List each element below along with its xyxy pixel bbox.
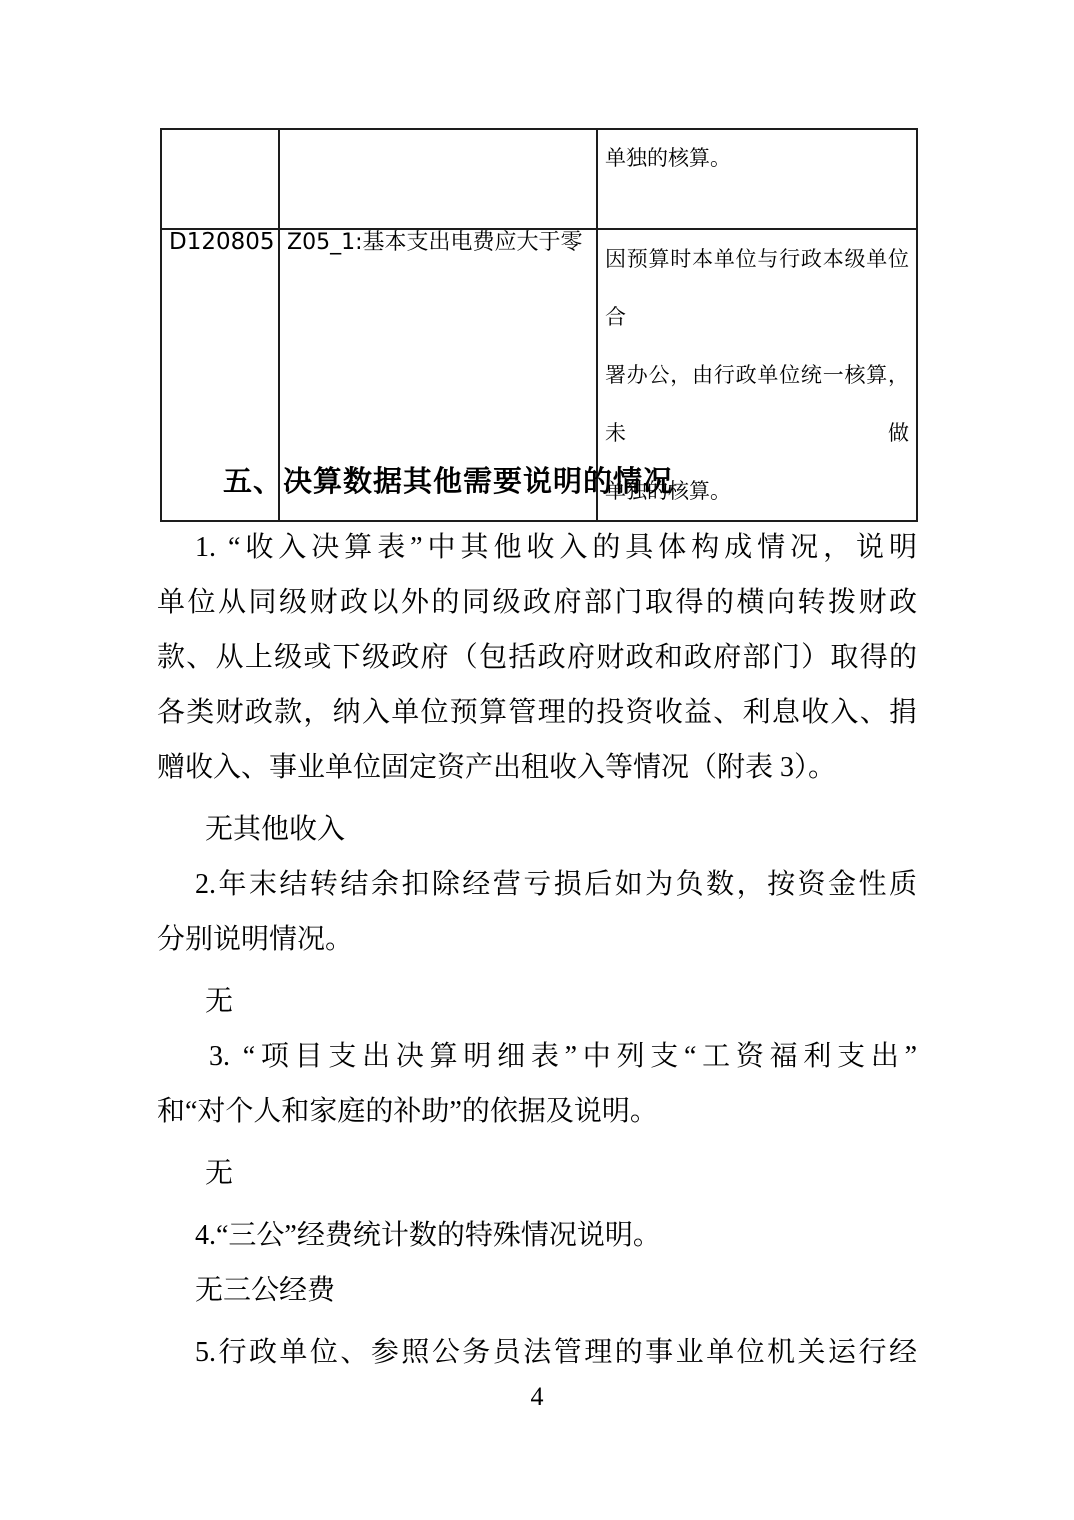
- document-page: 单独的核算。 D120805 Z05_1:基本支出电费应大于零 因预算时本单位与…: [0, 0, 1074, 1520]
- table-cell-code: [161, 129, 279, 229]
- body-line: 无: [157, 974, 917, 1029]
- body-line: 5.行政单位、参照公务员法管理的事业单位机关运行经: [157, 1325, 917, 1380]
- body-line: 分别说明情况。: [157, 912, 917, 967]
- body-line: 赠收入、事业单位固定资产出租收入等情况（附表 3）。: [157, 740, 917, 795]
- body-line: 3. “项目支出决算明细表”中列支“工资福利支出”: [157, 1029, 917, 1084]
- body-line: 款、从上级或下级政府（包括政府财政和政府部门）取得的: [157, 630, 917, 685]
- body-line: 无三公经费: [157, 1263, 917, 1318]
- body-line: 1. “收入决算表”中其他收入的具体构成情况，说明: [157, 520, 917, 575]
- body-line: 2.年末结转结余扣除经营亏损后如为负数，按资金性质: [157, 857, 917, 912]
- page-number: 4: [0, 1382, 1074, 1412]
- table-row: 单独的核算。: [161, 129, 917, 229]
- body-line: 和“对个人和家庭的补助”的依据及说明。: [157, 1084, 917, 1139]
- body-line: 无: [157, 1146, 917, 1201]
- body-line: 单位从同级财政以外的同级政府部门取得的横向转拨财政: [157, 575, 917, 630]
- section-heading: 五、决算数据其他需要说明的情况: [157, 445, 917, 520]
- body-line: 无其他收入: [157, 802, 917, 857]
- body-line: 4.“三公”经费统计数的特殊情况说明。: [157, 1208, 917, 1263]
- body-text: 五、决算数据其他需要说明的情况 1. “收入决算表”中其他收入的具体构成情况，说…: [157, 445, 917, 1380]
- explanation-line: 单独的核算。: [605, 136, 909, 180]
- explanation-line: 因预算时本单位与行政本级单位合: [605, 230, 909, 346]
- body-line: 各类财政款，纳入单位预算管理的投资收益、利息收入、捐: [157, 685, 917, 740]
- table-cell-rule: [279, 129, 597, 229]
- table-cell-explanation: 单独的核算。: [597, 129, 917, 229]
